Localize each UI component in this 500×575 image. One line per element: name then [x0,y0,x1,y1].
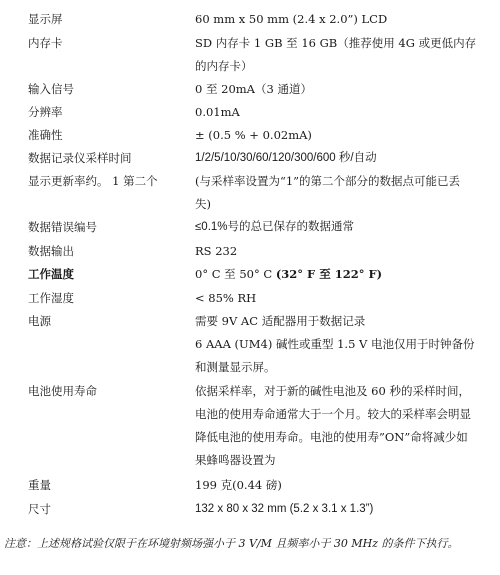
spec-value-line: 的内存卡） [195,55,485,78]
spec-value: ± (0.5 % + 0.02mA) [195,124,485,147]
spec-value: SD 内存卡 1 GB 至 16 GB（推荐使用 4G 或更低内存 的内存卡） [195,32,485,78]
spec-label: 分辨率 [28,101,63,124]
spec-value: 需要 9V AC 适配器用于数据记录 6 AAA (UM4) 碱性或重型 1.5… [195,310,485,379]
spec-value-line: 和测量显示屏。 [195,356,485,379]
spec-value: 0° C 至 50° C (32° F 至 122° F) [195,263,485,286]
spec-value-line: (与采样率设置为“1”的第二个部分的数据点可能已丢 [195,170,485,193]
spec-label: 准确性 [28,124,63,147]
spec-value: 199 克(0.44 磅) [195,474,485,497]
spec-value-line: 0 至 20mA（3 通道） [195,78,485,101]
spec-label: 数据输出 [28,240,74,263]
spec-value-line: 6 AAA (UM4) 碱性或重型 1.5 V 电池仅用于时钟备份 [195,333,485,356]
spec-value: 60 mm x 50 mm (2.4 x 2.0”) LCD [195,8,485,31]
spec-label: 电源 [28,310,51,333]
spec-value-line: ≤0.1%号的总已保存的数据通常 [195,216,485,239]
spec-value-line: 降低电池的使用寿命。电池的使用寿”ON”命将减少如 [195,426,485,449]
spec-value: 依据采样率，对于新的碱性电池及 60 秒的采样时间， 电池的使用寿命通常大于一个… [195,380,485,472]
note-text: 注意：上述规格试验仅限于在环境射频场强小于 3 V/M 且频率小于 30 MHz… [4,536,484,552]
spec-label: 数据记录仪采样时间 [28,147,132,170]
spec-value: 0 至 20mA（3 通道） [195,78,485,101]
spec-label: 工作湿度 [28,287,74,310]
temperature-fahrenheit: (32° F 至 122° F) [276,267,382,281]
spec-value: ≤0.1%号的总已保存的数据通常 [195,216,485,239]
spec-value-line: SD 内存卡 1 GB 至 16 GB（推荐使用 4G 或更低内存 [195,32,485,55]
spec-value-line: 1/2/5/10/30/60/120/300/600 秒/自动 [195,147,485,170]
spec-label: 内存卡 [28,32,63,55]
spec-value-line: 199 克(0.44 磅) [195,474,485,497]
spec-value-line: 60 mm x 50 mm (2.4 x 2.0”) LCD [195,8,485,31]
spec-value-line: < 85% RH [195,287,485,310]
spec-value: 132 x 80 x 32 mm (5.2 x 3.1 x 1.3”) [195,498,485,521]
temperature-celsius: 0° C 至 50° C [195,267,276,281]
spec-value-line: 需要 9V AC 适配器用于数据记录 [195,310,485,333]
spec-value-line: 0.01mA [195,101,485,124]
spec-label: 输入信号 [28,78,74,101]
spec-value-line: RS 232 [195,240,485,263]
spec-label: 数据错误编号 [28,216,97,239]
spec-value-line: ± (0.5 % + 0.02mA) [195,124,485,147]
spec-value-line: 132 x 80 x 32 mm (5.2 x 3.1 x 1.3”) [195,498,485,521]
spec-value: 0.01mA [195,101,485,124]
spec-value-line: 电池的使用寿命通常大于一个月。较大的采样率会明显 [195,403,485,426]
spec-value: < 85% RH [195,287,485,310]
spec-label: 重量 [28,474,51,497]
spec-value-line: 依据采样率，对于新的碱性电池及 60 秒的采样时间， [195,380,485,403]
spec-label: 显示屏 [28,8,63,31]
spec-value: 1/2/5/10/30/60/120/300/600 秒/自动 [195,147,485,170]
spec-value-line: 0° C 至 50° C (32° F 至 122° F) [195,263,485,286]
spec-value-line: 果蜂鸣器设置为 [195,449,485,472]
spec-value: (与采样率设置为“1”的第二个部分的数据点可能已丢 失) [195,170,485,216]
spec-label: 电池使用寿命 [28,380,97,403]
spec-label: 工作温度 [28,263,74,286]
spec-value: RS 232 [195,240,485,263]
spec-label: 尺寸 [28,498,51,521]
spec-label: 显示更新率约。 1 第二个 [28,170,158,193]
spec-value-line: 失) [195,193,485,216]
